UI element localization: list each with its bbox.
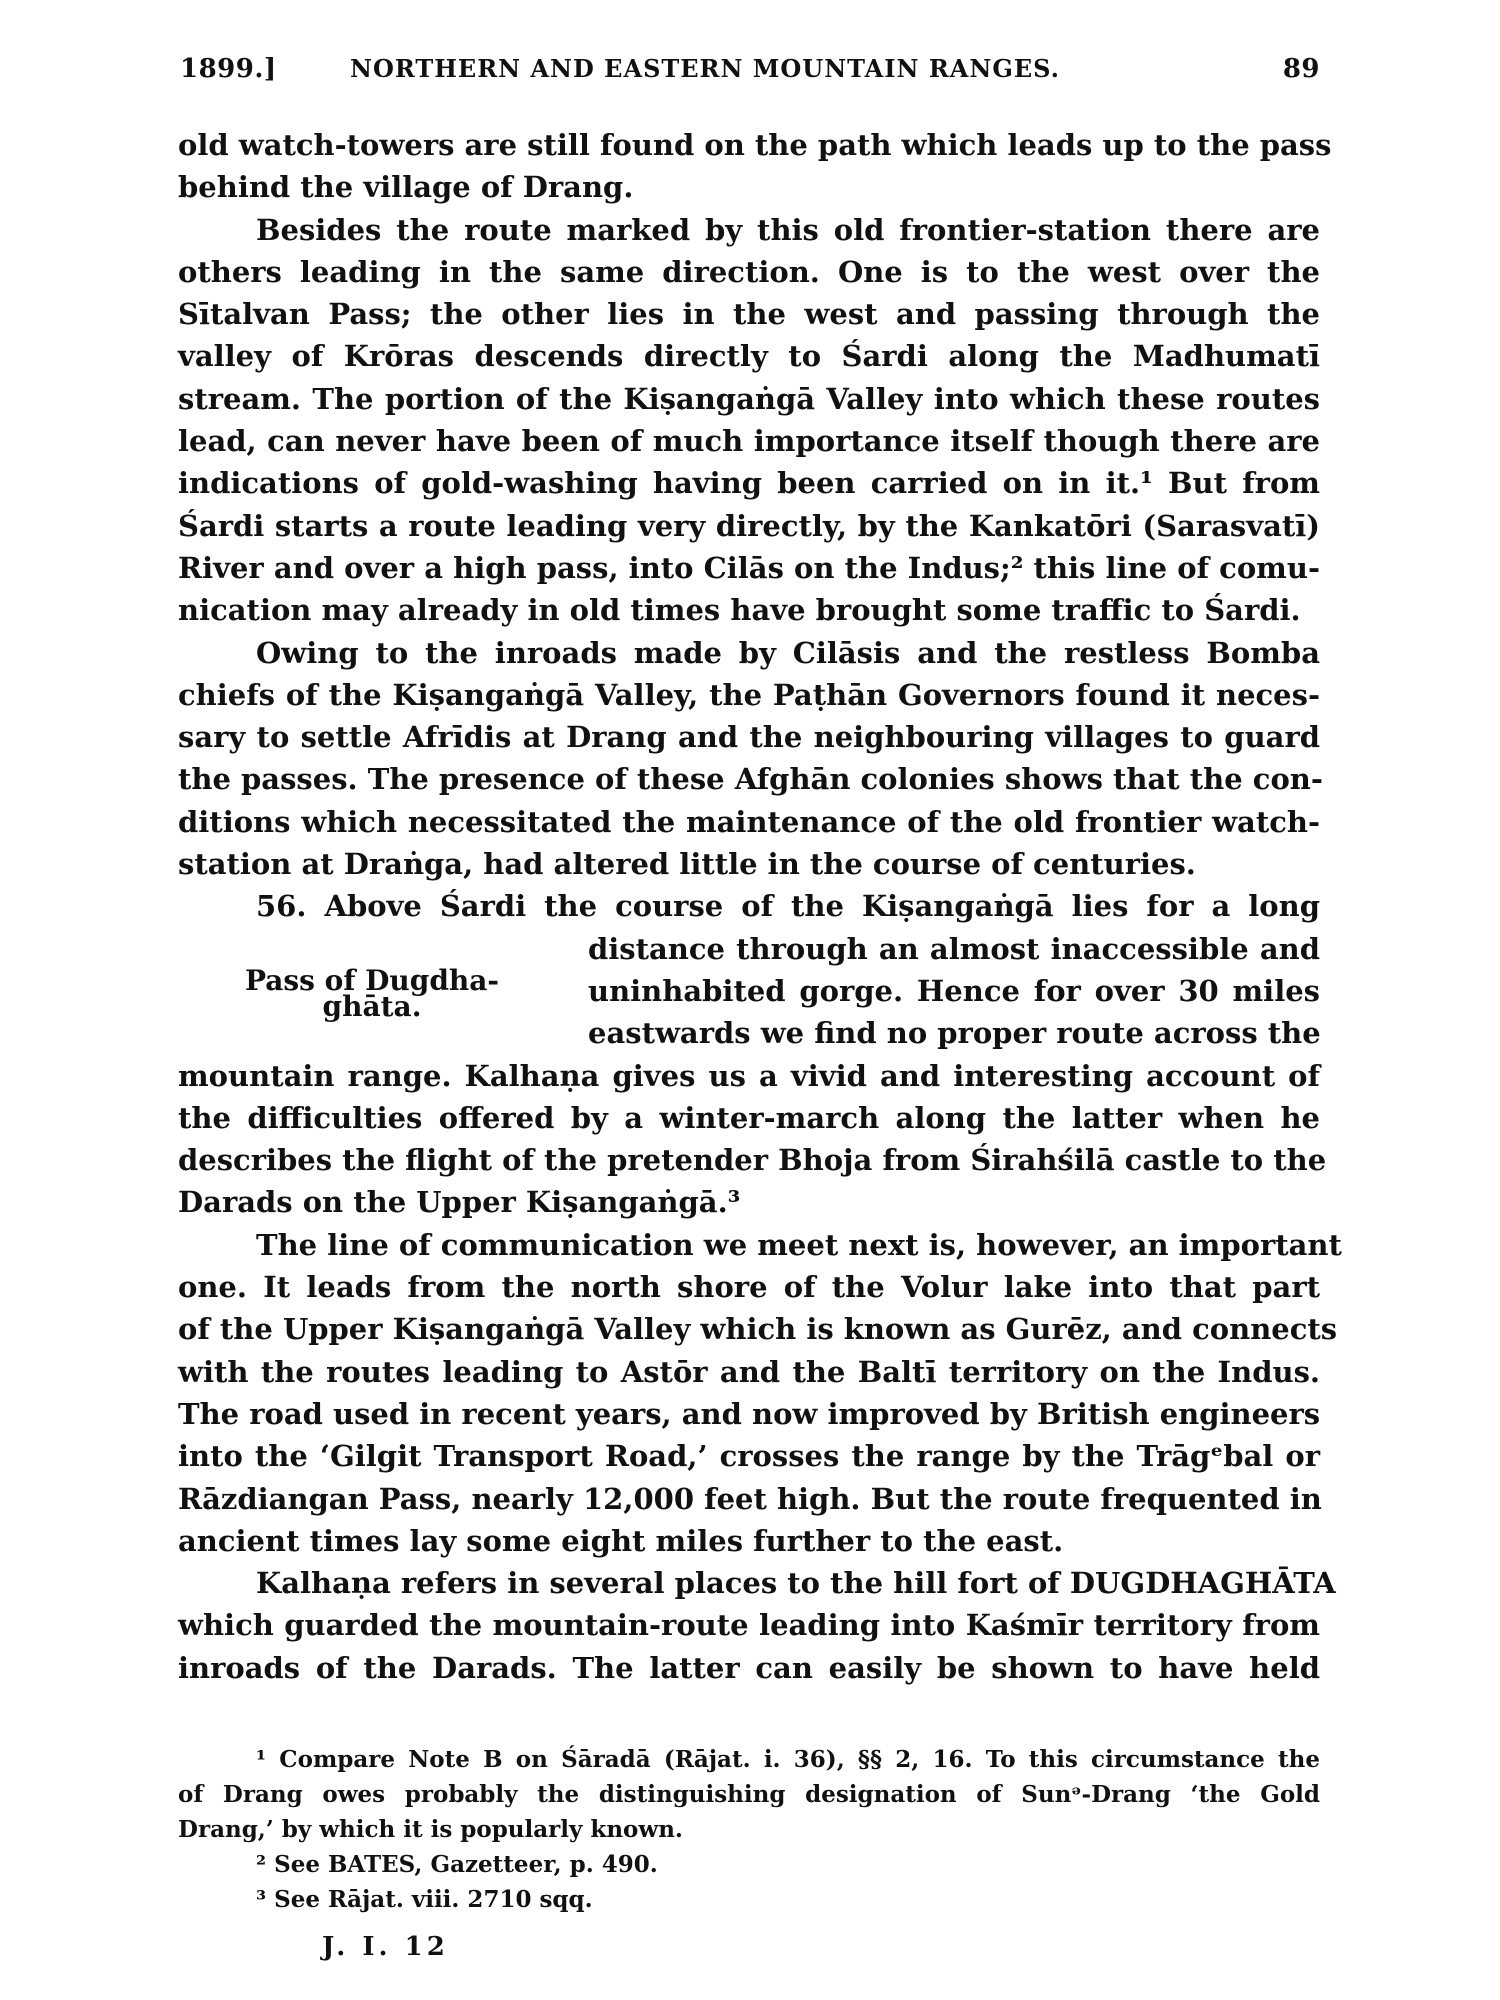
- text-line: with the routes leading to Astōr and the…: [178, 1351, 1320, 1393]
- text-line: The road used in recent years, and now i…: [178, 1393, 1320, 1435]
- text-line: the passes. The presence of these Afghān…: [178, 758, 1320, 800]
- text-line: Owing to the inroads made by Cilāsis and…: [178, 632, 1320, 674]
- text-line: one. It leads from the north shore of th…: [178, 1266, 1320, 1308]
- margin-note: Pass of Dugdha- ghāta.: [222, 968, 522, 1020]
- text-line: of the Upper Kiṣangaṅgā Valley which is …: [178, 1308, 1320, 1350]
- running-title: NORTHERN AND EASTERN MOUNTAIN RANGES.: [350, 54, 1060, 83]
- footnote-line: Drang,’ by which it is popularly known.: [178, 1812, 1320, 1847]
- footnote-line: ² See BATES, Gazetteer, p. 490.: [178, 1847, 1320, 1882]
- text-line: station at Draṅga, had altered little in…: [178, 843, 1320, 885]
- footnote-line: of Drang owes probably the distinguishin…: [178, 1777, 1320, 1812]
- text-line: eastwards we find no proper route across…: [588, 1012, 1320, 1054]
- text-line: sary to settle Afrīdis at Drang and the …: [178, 716, 1320, 758]
- text-line: valley of Krōras descends directly to Śa…: [178, 335, 1320, 377]
- page-number: 89: [1283, 54, 1320, 84]
- text-line: behind the village of Drang.: [178, 166, 1320, 208]
- text-line: mountain range. Kalhaṇa gives us a vivid…: [178, 1055, 1320, 1097]
- text-line: old watch-towers are still found on the …: [178, 124, 1320, 166]
- header-year: 1899.]: [180, 54, 277, 84]
- text-line: others leading in the same direction. On…: [178, 251, 1320, 293]
- text-line: which guarded the mountain-route leading…: [178, 1604, 1320, 1646]
- text-line: Rāzdiangan Pass, nearly 12,000 feet high…: [178, 1478, 1320, 1520]
- text-line: inroads of the Darads. The latter can ea…: [178, 1647, 1320, 1689]
- text-line: Kalhaṇa refers in several places to the …: [178, 1562, 1320, 1604]
- text-line: Darads on the Upper Kiṣangaṅgā.³: [178, 1181, 1320, 1223]
- text-line: Sītalvan Pass; the other lies in the wes…: [178, 293, 1320, 335]
- text-line: River and over a high pass, into Cilās o…: [178, 547, 1320, 589]
- text-line: lead, can never have been of much import…: [178, 420, 1320, 462]
- margin-note-line-2: ghāta.: [222, 994, 522, 1020]
- text-line: Śardi starts a route leading very direct…: [178, 505, 1320, 547]
- text-line: chiefs of the Kiṣangaṅgā Valley, the Paṭ…: [178, 674, 1320, 716]
- text-line: ditions which necessitated the maintenan…: [178, 801, 1320, 843]
- text-line: distance through an almost inaccessible …: [588, 928, 1320, 970]
- text-line: into the ‘Gilgit Transport Road,’ crosse…: [178, 1435, 1320, 1477]
- footnote-line: ³ See Rājat. viii. 2710 sqq.: [178, 1882, 1320, 1917]
- text-line: indications of gold-washing having been …: [178, 462, 1320, 504]
- running-header: 1899.] NORTHERN AND EASTERN MOUNTAIN RAN…: [180, 54, 1320, 94]
- text-line: The line of communication we meet next i…: [178, 1224, 1320, 1266]
- text-line: stream. The portion of the Kiṣangaṅgā Va…: [178, 378, 1320, 420]
- text-line: describes the flight of the pretender Bh…: [178, 1139, 1320, 1181]
- text-line: the difficulties offered by a winter-mar…: [178, 1097, 1320, 1139]
- text-line: Besides the route marked by this old fro…: [178, 209, 1320, 251]
- text-line: uninhabited gorge. Hence for over 30 mil…: [588, 970, 1320, 1012]
- text-line: ancient times lay some eight miles furth…: [178, 1520, 1320, 1562]
- footnote-line: ¹ Compare Note B on Śāradā (Rājat. i. 36…: [178, 1742, 1320, 1777]
- text-line: nication may already in old times have b…: [178, 589, 1320, 631]
- book-page: 1899.] NORTHERN AND EASTERN MOUNTAIN RAN…: [0, 0, 1500, 2000]
- text-line: 56. Above Śardi the course of the Kiṣang…: [178, 885, 1320, 927]
- body-text: old watch-towers are still found on the …: [178, 124, 1320, 1689]
- footnotes: ¹ Compare Note B on Śāradā (Rājat. i. 36…: [178, 1742, 1320, 1917]
- signature-mark: J. I. 12: [322, 1932, 449, 1962]
